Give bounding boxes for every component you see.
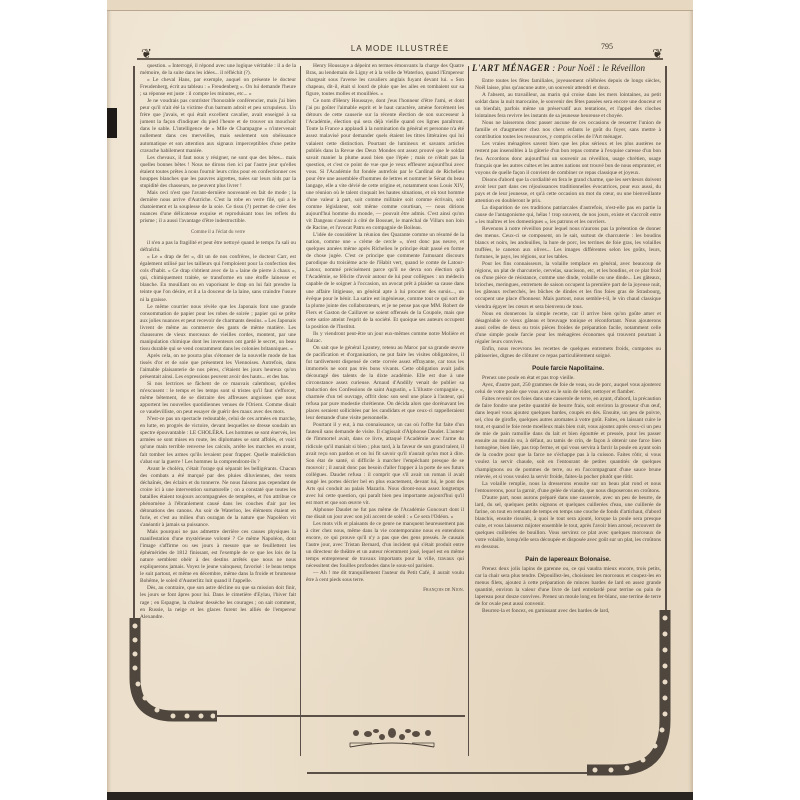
paragraph: Revenons à notre réveillon pour lequel n… bbox=[475, 226, 661, 261]
paragraph: il n'en a pas la fragilité et peut être … bbox=[140, 240, 296, 254]
page-number: 795 bbox=[601, 42, 613, 51]
paragraph: Disons d'abord que la cordialité en fera… bbox=[475, 177, 661, 205]
column-divider-2 bbox=[468, 66, 469, 756]
paragraph: Henry Houssaye a dépeint en termes émouv… bbox=[306, 63, 464, 98]
paragraph: Entre toutes les fêtes familiales, joyeu… bbox=[475, 78, 661, 92]
footer-rule-left bbox=[215, 715, 465, 717]
author-signature: François de Nion. bbox=[306, 587, 464, 594]
paragraph: A l'absent, au travailleur, au marin qui… bbox=[475, 92, 661, 120]
header-rule bbox=[137, 58, 663, 60]
right-border-rule bbox=[665, 66, 667, 614]
column-1-subhead: Comme il a l'éclat du verre bbox=[140, 229, 296, 236]
paragraph: Dès, au contraire, que son astre décline… bbox=[140, 585, 296, 620]
rubric-heading: L'ART MÉNAGER : Pour Noël : le Réveillon bbox=[472, 63, 668, 73]
floral-fleuron-icon bbox=[342, 725, 442, 751]
paragraph: Pourtant il y eut, à ma connaissance, un… bbox=[306, 422, 464, 507]
binding-tab bbox=[107, 108, 117, 138]
column-2: Henry Houssaye a dépeint en termes émouv… bbox=[306, 63, 464, 728]
paragraph: Ce nom d'Henry Houssaye, dont j'eus l'ho… bbox=[306, 98, 464, 232]
paragraph: Alphonse Daudet ne fut pas même de l'Aca… bbox=[306, 507, 464, 521]
paragraph: La disparition de ces traditions patriar… bbox=[475, 205, 661, 226]
paragraph: Les vraies ménagères savent bien que les… bbox=[475, 141, 661, 176]
column-divider-1 bbox=[300, 66, 301, 756]
paragraph: Ils y viendront peut-être un jour eux-mê… bbox=[306, 331, 464, 345]
beaded-chain-border-right-icon bbox=[587, 610, 677, 782]
paragraph: question. « Interrogé, il répond avec un… bbox=[140, 63, 296, 77]
paragraph: — Ah ! me dit tranquillement l'auteur du… bbox=[306, 570, 464, 584]
magazine-page: ❦ LA MODE ILLUSTRÉE 795 ❦ question. « In… bbox=[107, 0, 693, 800]
paragraph: N'est-ce pas un spectacle redoutable, ce… bbox=[140, 416, 296, 465]
paragraph: Nous ne laisserons donc passer aucune de… bbox=[475, 120, 661, 141]
paragraph: La volaille remplie, nous la dresserons … bbox=[475, 481, 661, 495]
paragraph: « Le « drap de fer », dit un de nos conf… bbox=[140, 254, 296, 303]
paragraph: Ayez, d'autre part, 250 grammes de foie … bbox=[475, 382, 661, 396]
paragraph: Prenez une poule en état et pas trop vie… bbox=[475, 375, 661, 382]
page-top-edge bbox=[107, 0, 693, 11]
page-bottom-edge bbox=[107, 792, 693, 800]
paragraph: On sait que le général Lyautey, retenu a… bbox=[306, 345, 464, 423]
recipe-1-title: Poule farcie Napolitaine. bbox=[475, 365, 661, 372]
paragraph: Faites revenir ces foies dans une casser… bbox=[475, 396, 661, 481]
paragraph: Avant le choléra, c'était l'orage qui sé… bbox=[140, 466, 296, 529]
paragraph: Prenez deux jolis lapins de garenne ou, … bbox=[475, 566, 661, 608]
recipe-2-title: Pain de lapereaux Bolonaise. bbox=[475, 556, 661, 563]
paragraph: D'autre part, nous aurons préparé dans u… bbox=[475, 495, 661, 551]
paragraph: Nous en donnerons la simple recette, car… bbox=[475, 311, 661, 346]
paragraph: Pour les fins connaisseurs, la volaille … bbox=[475, 261, 661, 310]
paragraph: L'idée de considérer la réunion des Quar… bbox=[306, 232, 464, 331]
footer-rule-right bbox=[307, 772, 607, 774]
paragraph: Le même courrier nous révèle que les Jap… bbox=[140, 304, 296, 353]
paragraph: Les chevaux, il faut nous y résigner, ne… bbox=[140, 155, 296, 190]
beaded-chain-border-left-icon bbox=[127, 618, 217, 728]
paragraph: Si nos lectrices se fâchent de ce mauvai… bbox=[140, 381, 296, 416]
paragraph: Les mots vifs et plaisants de ce genre n… bbox=[306, 521, 464, 570]
paragraph: Mais ceci n'est que l'avant-dernière nou… bbox=[140, 190, 296, 225]
paragraph: Enfin, nous recevrons les recettes de qu… bbox=[475, 346, 661, 360]
rubric-subtitle: : Pour Noël : le Réveillon bbox=[552, 63, 645, 73]
paragraph: Mais pourquoi ne pas admettre derrière c… bbox=[140, 529, 296, 585]
paragraph: Après cela, on ne pourra plus s'étonner … bbox=[140, 353, 296, 381]
paragraph: « Le cheval Hans, par exemple, auquel on… bbox=[140, 77, 296, 98]
rubric-title: L'ART MÉNAGER bbox=[472, 63, 550, 73]
paragraph: Je ne voudrais pas contrister l'honorabl… bbox=[140, 98, 296, 154]
left-border-rule bbox=[133, 66, 135, 626]
